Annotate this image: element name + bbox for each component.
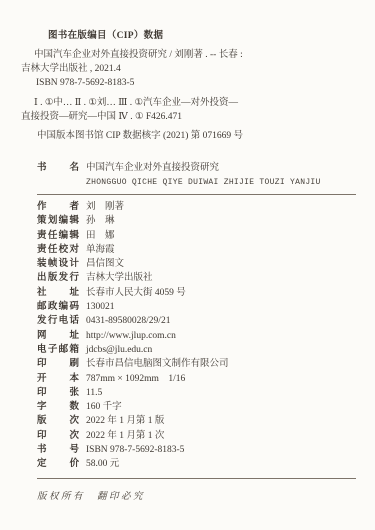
row-label: 社 址: [37, 286, 79, 300]
row-printer: 印 刷 长春市昌信电脑图文制作有限公司: [37, 357, 356, 371]
row-label: 电子邮箱: [37, 343, 79, 357]
cip-description-line2: 吉林大学出版社 , 2021.4: [21, 63, 357, 77]
row-website: 网 址 http://www.jlup.com.cn: [37, 329, 356, 343]
row-label: 印 刷: [37, 357, 79, 371]
cip-isbn-line: ISBN 978-7-5692-8183-5: [21, 77, 357, 91]
row-value: http://www.jlup.com.cn: [86, 329, 356, 343]
row-word-count: 字 数 160 千字: [37, 400, 356, 414]
copyright-page: 图书在版编目（CIP）数据 中国汽车企业对外直接投资研究 / 刘刚著 . -- …: [0, 0, 375, 530]
colophon-block: 书 名 中国汽车企业对外直接投资研究 ZHONGGUO QICHE QIYE D…: [37, 161, 356, 501]
row-value: 田 娜: [86, 229, 356, 243]
row-value: 0431-89580028/29/21: [86, 314, 356, 328]
book-title: 中国汽车企业对外直接投资研究: [86, 161, 356, 175]
row-label: 定 价: [37, 457, 79, 471]
cip-description-line1: 中国汽车企业对外直接投资研究 / 刘刚著 . -- 长春 :: [21, 49, 357, 63]
row-value: 孙 琳: [86, 214, 356, 228]
row-label: 字 数: [37, 400, 79, 414]
row-label: 责任校对: [37, 243, 79, 257]
row-label: 书 名: [37, 161, 79, 175]
row-label: 书 号: [37, 443, 79, 457]
row-label: 责任编辑: [37, 229, 79, 243]
cip-classification-line2: 直接投资—研究—中国 Ⅳ . ① F426.471: [21, 111, 357, 125]
row-responsible-editor: 责任编辑 田 娜: [37, 229, 356, 243]
row-label: 网 址: [37, 329, 79, 343]
cip-block: 图书在版编目（CIP）数据 中国汽车企业对外直接投资研究 / 刘刚著 . -- …: [21, 30, 357, 144]
row-label: 版 次: [37, 414, 79, 428]
row-value: 吉林大学出版社: [86, 271, 356, 285]
row-impression: 印 次 2022 年 1 月第 1 次: [37, 429, 356, 443]
divider-top: [37, 194, 356, 195]
row-value: 160 千字: [86, 400, 356, 414]
cip-classification-line1: Ⅰ . ①中… Ⅱ . ①刘… Ⅲ . ①汽车企业—对外投资—: [21, 97, 357, 111]
row-value: 2022 年 1 月第 1 次: [86, 429, 356, 443]
row-value: jdcbs@jlu.edu.cn: [86, 343, 356, 357]
row-label: 印 次: [37, 429, 79, 443]
row-edition: 版 次 2022 年 1 月第 1 版: [37, 414, 356, 428]
row-format: 开 本 787mm × 1092mm 1/16: [37, 372, 356, 386]
divider-bottom: [37, 478, 356, 479]
row-address: 社 址 长春市人民大街 4059 号: [37, 286, 356, 300]
row-phone: 发行电话 0431-89580028/29/21: [37, 314, 356, 328]
row-value: 刘 刚著: [86, 200, 356, 214]
row-label: 装帧设计: [37, 257, 79, 271]
row-label: 作 者: [37, 200, 79, 214]
book-title-group: 中国汽车企业对外直接投资研究 ZHONGGUO QICHE QIYE DUIWA…: [86, 161, 356, 190]
row-value: 长春市人民大街 4059 号: [86, 286, 356, 300]
copyright-notice: 版权所有 翻印必究: [37, 488, 356, 502]
row-author: 作 者 刘 刚著: [37, 200, 356, 214]
row-publisher: 出版发行 吉林大学出版社: [37, 271, 356, 285]
cip-header: 图书在版编目（CIP）数据: [21, 30, 357, 44]
row-label: 开 本: [37, 372, 79, 386]
book-title-pinyin: ZHONGGUO QICHE QIYE DUIWAI ZHIJIE TOUZI …: [86, 176, 356, 190]
row-book-title: 书 名 中国汽车企业对外直接投资研究 ZHONGGUO QICHE QIYE D…: [37, 161, 356, 190]
row-isbn: 书 号 ISBN 978-7-5692-8183-5: [37, 443, 356, 457]
row-printed-sheets: 印 张 11.5: [37, 386, 356, 400]
row-value: 昌信图文: [86, 257, 356, 271]
row-value: 58.00 元: [86, 457, 356, 471]
row-value: 11.5: [86, 386, 356, 400]
row-proofreader: 责任校对 单海霞: [37, 243, 356, 257]
row-value: 长春市昌信电脑图文制作有限公司: [86, 357, 356, 371]
cip-record-line: 中国版本图书馆 CIP 数据核字 (2021) 第 071669 号: [21, 130, 357, 144]
row-label: 出版发行: [37, 271, 79, 285]
row-email: 电子邮箱 jdcbs@jlu.edu.cn: [37, 343, 356, 357]
row-label: 邮政编码: [37, 300, 79, 314]
row-value: 130021: [86, 300, 356, 314]
row-value: 2022 年 1 月第 1 版: [86, 414, 356, 428]
row-price: 定 价 58.00 元: [37, 457, 356, 471]
row-label: 印 张: [37, 386, 79, 400]
row-value: 787mm × 1092mm 1/16: [86, 372, 356, 386]
row-value: 单海霞: [86, 243, 356, 257]
row-label: 策划编辑: [37, 214, 79, 228]
row-planning-editor: 策划编辑 孙 琳: [37, 214, 356, 228]
row-postcode: 邮政编码 130021: [37, 300, 356, 314]
row-cover-design: 装帧设计 昌信图文: [37, 257, 356, 271]
row-value: ISBN 978-7-5692-8183-5: [86, 443, 356, 457]
row-label: 发行电话: [37, 314, 79, 328]
